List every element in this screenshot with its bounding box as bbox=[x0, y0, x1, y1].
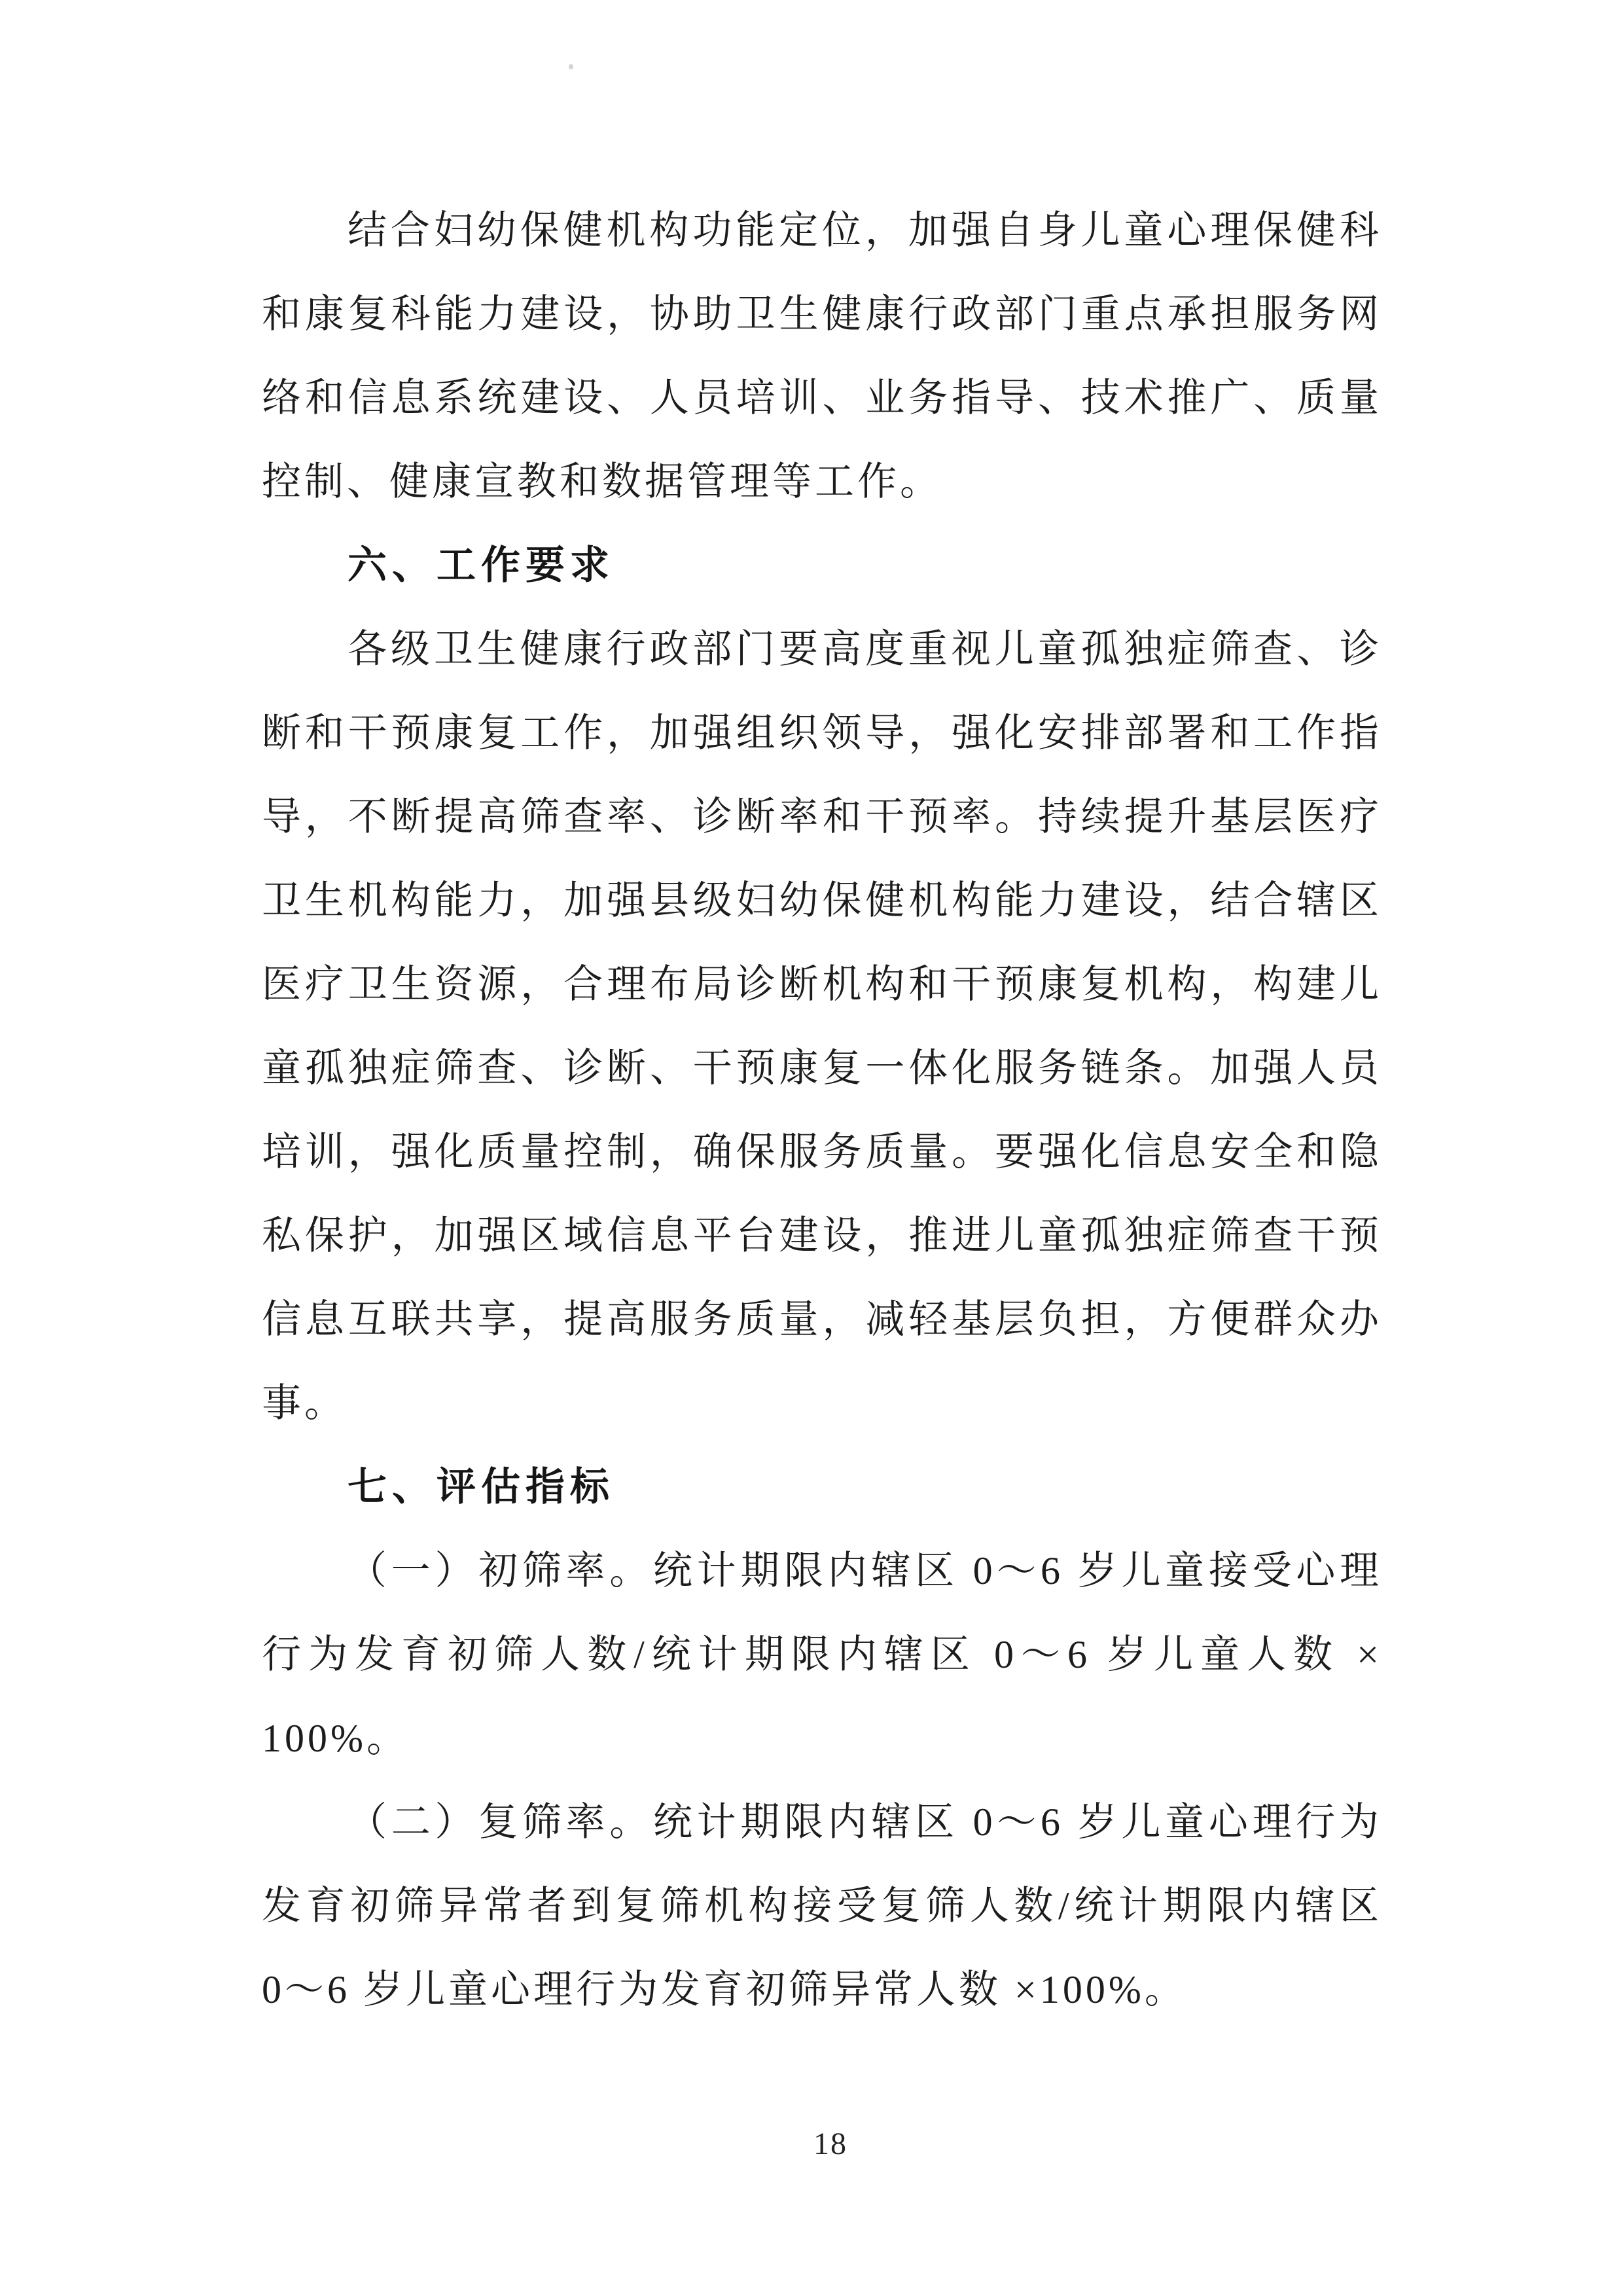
text-line: 结合妇幼保健机构功能定位，加强自身儿童心理保健科 bbox=[262, 188, 1382, 272]
text-line: 培训，强化质量控制，确保服务质量。要强化信息安全和隐 bbox=[262, 1110, 1382, 1194]
text-line: 卫生机构能力，加强县级妇幼保健机构能力建设，结合辖区 bbox=[262, 859, 1382, 942]
text-line: 0～6 岁儿童心理行为发育初筛异常人数 ×100%。 bbox=[262, 1948, 1382, 2032]
text-line: 事。 bbox=[262, 1361, 1382, 1445]
text-line: 私保护，加强区域信息平台建设，推进儿童孤独症筛查干预 bbox=[262, 1194, 1382, 1278]
text-line: （二）复筛率。统计期限内辖区 0～6 岁儿童心理行为 bbox=[262, 1780, 1382, 1864]
text-line: 络和信息系统建设、人员培训、业务指导、技术推广、质量 bbox=[262, 356, 1382, 440]
text-line: 行为发育初筛人数/统计期限内辖区 0～6 岁儿童人数 × bbox=[262, 1613, 1382, 1696]
page-number: 18 bbox=[813, 2128, 847, 2160]
text-line: 导，不断提高筛查率、诊断率和干预率。持续提升基层医疗 bbox=[262, 775, 1382, 859]
text-line: 各级卫生健康行政部门要高度重视儿童孤独症筛查、诊 bbox=[262, 607, 1382, 691]
section-heading-7: 七、评估指标 bbox=[262, 1445, 1382, 1529]
text-line: 信息互联共享，提高服务质量，减轻基层负担，方便群众办 bbox=[262, 1278, 1382, 1361]
text-line: 医疗卫生资源，合理布局诊断机构和干预康复机构，构建儿 bbox=[262, 942, 1382, 1026]
document-body: 结合妇幼保健机构功能定位，加强自身儿童心理保健科 和康复科能力建设，协助卫生健康… bbox=[262, 188, 1382, 2032]
text-line: 发育初筛异常者到复筛机构接受复筛人数/统计期限内辖区 bbox=[262, 1864, 1382, 1948]
text-line: （一）初筛率。统计期限内辖区 0～6 岁儿童接受心理 bbox=[262, 1529, 1382, 1613]
document-page: 结合妇幼保健机构功能定位，加强自身儿童心理保健科 和康复科能力建设，协助卫生健康… bbox=[0, 0, 1623, 2296]
scan-speck bbox=[569, 64, 573, 69]
text-line: 断和干预康复工作，加强组织领导，强化安排部署和工作指 bbox=[262, 691, 1382, 775]
section-heading-6: 六、工作要求 bbox=[262, 524, 1382, 607]
text-line: 童孤独症筛查、诊断、干预康复一体化服务链条。加强人员 bbox=[262, 1026, 1382, 1110]
text-line: 控制、健康宣教和数据管理等工作。 bbox=[262, 440, 1382, 524]
text-line: 和康复科能力建设，协助卫生健康行政部门重点承担服务网 bbox=[262, 272, 1382, 356]
text-line: 100%。 bbox=[262, 1696, 1382, 1780]
